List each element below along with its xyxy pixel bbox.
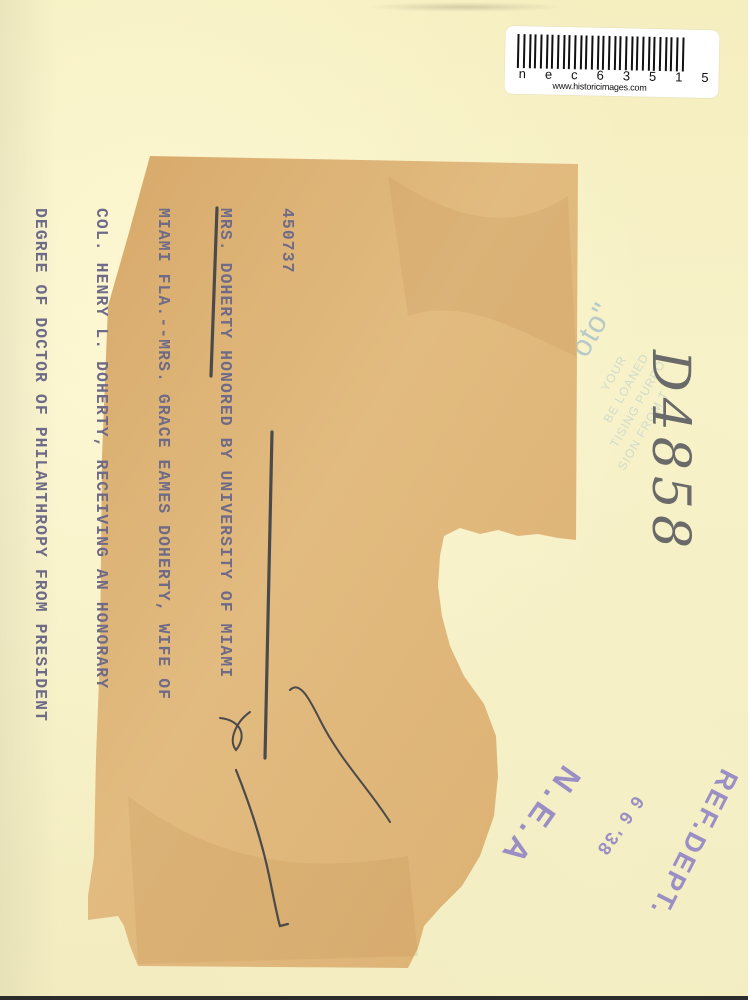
barcode-url: www.historicimages.com bbox=[552, 81, 646, 93]
typewritten-caption: 450737 MRS. DOHERTY HONORED BY UNIVERSIT… bbox=[0, 208, 338, 828]
barcode-digit: e bbox=[545, 67, 553, 82]
barcode-digit: 3 bbox=[623, 68, 631, 83]
barcode-digit: 6 bbox=[596, 68, 604, 83]
caption-line: DEGREE OF DOCTOR OF PHILANTHROPY FROM PR… bbox=[29, 208, 50, 828]
barcode-label: nec63515 www.historicimages.com bbox=[504, 26, 719, 98]
barcode-digit: 1 bbox=[675, 69, 683, 84]
caption-line: COL. HENRY L. DOHERTY, RECEIVING AN HONO… bbox=[91, 208, 112, 828]
barcode-digit: 5 bbox=[701, 70, 709, 85]
barcode-digit: n bbox=[519, 66, 527, 81]
top-smudge bbox=[365, 2, 565, 12]
handwritten-archive-number: D4858 bbox=[640, 350, 700, 550]
barcode-digit: 5 bbox=[649, 69, 657, 84]
barcode-digit: c bbox=[571, 67, 578, 82]
caption-line: MIAMI FLA.--MRS. GRACE EAMES DOHERTY, WI… bbox=[153, 208, 174, 828]
scan-edge bbox=[0, 996, 748, 1000]
caption-line: MRS. DOHERTY HONORED BY UNIVERSITY OF MI… bbox=[214, 208, 235, 828]
received-date-stamp: N.E.A 6 6 '38 REF.DEPT. bbox=[548, 720, 748, 990]
caption-photo-number: 450737 bbox=[276, 208, 297, 828]
stamp-date: 6 6 '38 bbox=[592, 792, 648, 860]
stamp-department: REF.DEPT. bbox=[643, 764, 744, 922]
